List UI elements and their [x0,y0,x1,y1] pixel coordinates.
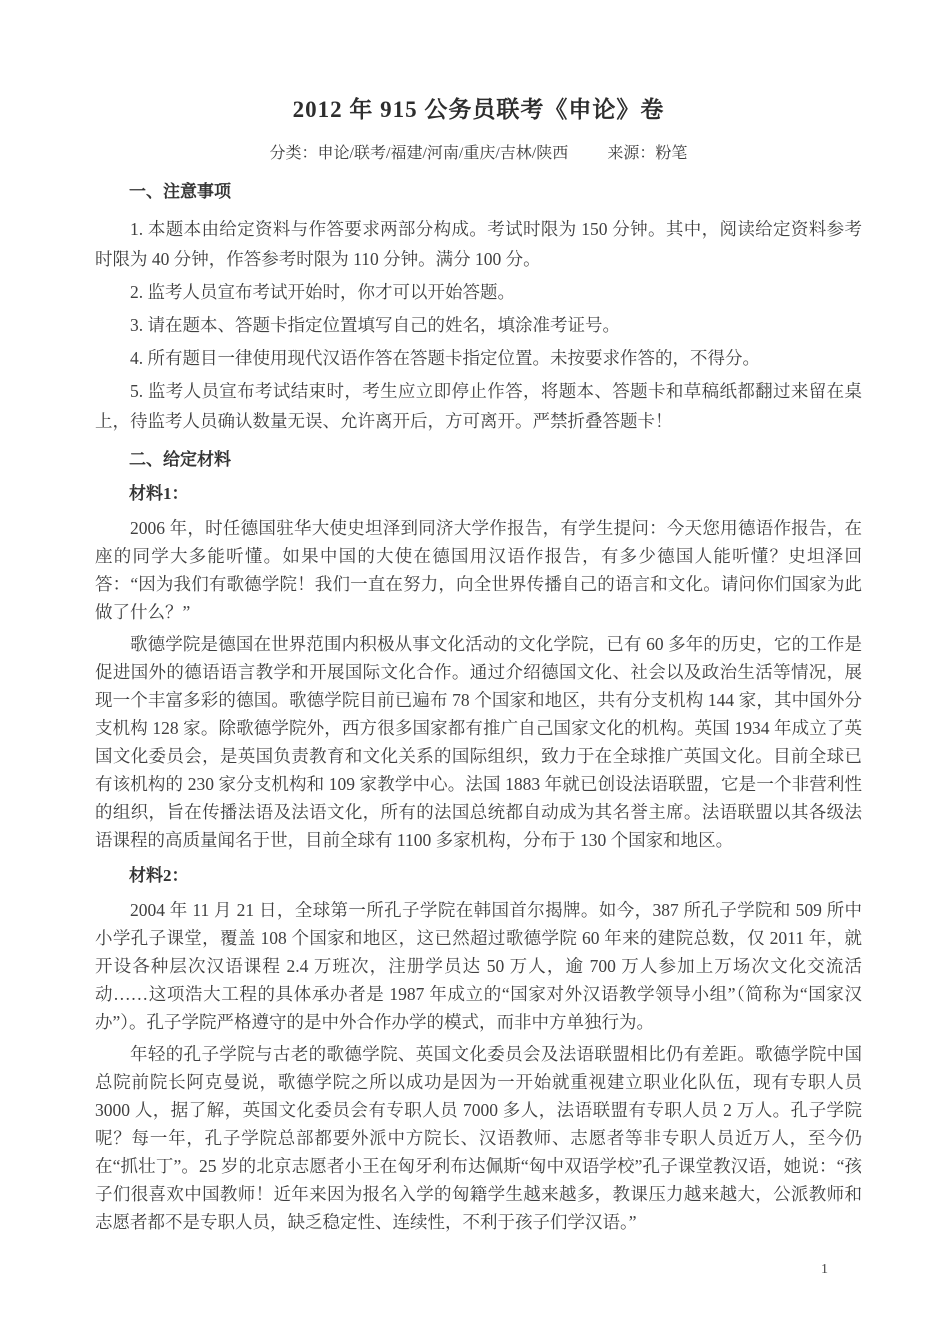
material-2-paragraph-1: 2004 年 11 月 21 日，全球第一所孔子学院在韩国首尔揭牌。如今，387… [95,896,862,1036]
material-1-label: 材料1： [95,482,862,506]
material-2-label: 材料2： [95,864,862,888]
section-heading-notices: 一、注意事项 [95,180,862,204]
meta-source: 来源：粉笔 [607,143,687,165]
notice-item-3: 3. 请在题本、答题卡指定位置填写自己的姓名，填涂准考证号。 [95,310,862,340]
page-number: 1 [821,1260,828,1280]
meta-category: 分类：申论/联考/福建/河南/重庆/吉林/陕西 [270,145,569,162]
notice-item-1: 1. 本题本由给定资料与作答要求两部分构成。考试时限为 150 分钟。其中，阅读… [95,214,862,274]
notice-item-4: 4. 所有题目一律使用现代汉语作答在答题卡指定位置。未按要求作答的，不得分。 [95,343,862,373]
material-2-paragraph-2: 年轻的孔子学院与古老的歌德学院、英国文化委员会及法语联盟相比仍有差距。歌德学院中… [95,1040,862,1236]
material-1-paragraph-2: 歌德学院是德国在世界范围内积极从事文化活动的文化学院，已有 60 多年的历史，它… [95,630,862,854]
notice-item-5: 5. 监考人员宣布考试结束时，考生应立即停止作答，将题本、答题卡和草稿纸都翻过来… [95,376,862,436]
meta-line: 分类：申论/联考/福建/河南/重庆/吉林/陕西 来源：粉笔 [95,143,862,165]
notice-item-2: 2. 监考人员宣布考试开始时，你才可以开始答题。 [95,277,862,307]
document-page: 2012 年 915 公务员联考《申论》卷 分类：申论/联考/福建/河南/重庆/… [0,0,950,1344]
material-1-paragraph-1: 2006 年，时任德国驻华大使史坦泽到同济大学作报告，有学生提问：今天您用德语作… [95,514,862,626]
document-title: 2012 年 915 公务员联考《申论》卷 [95,96,862,124]
section-heading-materials: 二、给定材料 [95,448,862,472]
